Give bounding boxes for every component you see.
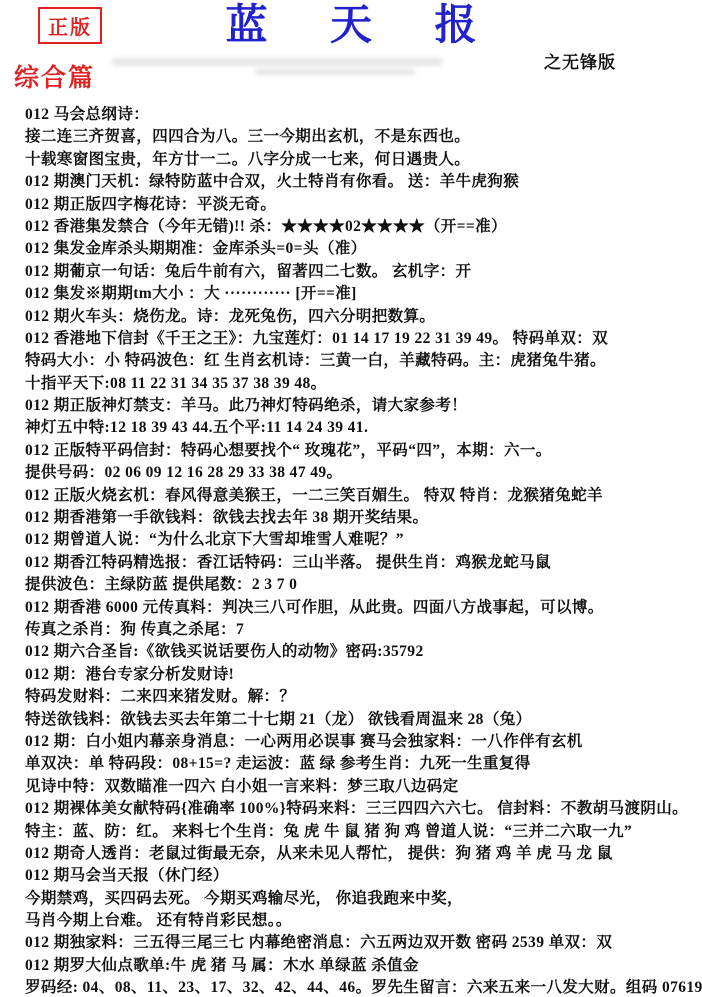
text-line: 012 期葡京一句话：兔后牛前有六，留著四二七数。 玄机字：开 <box>25 261 695 283</box>
text-line: 012 期：港台专家分析发财诗! <box>25 664 695 686</box>
text-line: 特码发财料：二来四来猪发财。解：？ <box>25 686 695 708</box>
text-line: 012 期香港第一手欲钱料：欲钱去找去年 38 期开奖结果。 <box>25 507 695 529</box>
text-line: 见诗中特：双数瞄准一四六 白小姐一言来料：梦三取八边码定 <box>25 776 695 798</box>
text-line: 012 期奇人透肖：老鼠过街最无奈，从来未见人帮忙， 提供：狗 猪 鸡 羊 虎 … <box>25 843 695 865</box>
edition-label: 之无锋版 <box>544 48 616 73</box>
scan-artifact-smudge <box>255 69 415 75</box>
text-line: 012 期罗大仙点歌单:牛 虎 猪 马 属：木水 单绿蓝 杀值金 <box>25 955 695 977</box>
text-line: 特码大小：小 特码波色：红 生肖玄机诗：三黄一白，羊藏特码。主：虎猪兔牛猪。 <box>25 350 695 372</box>
page-title: 蓝 天 报 <box>0 0 702 52</box>
text-line: 今期禁鸡，买四码去死。 今期买鸡输尽光， 你追我跑来中奖， <box>25 888 695 910</box>
text-line: 单双决：单 特码段：08+15=? 走运波：蓝 绿 参考生肖：九死一生重复得 <box>25 753 695 775</box>
text-line: 012 期正版四字梅花诗：平淡无奇。 <box>25 194 695 216</box>
section-title: 综合篇 <box>14 58 95 94</box>
text-line: 012 马会总纲诗： <box>25 104 695 126</box>
text-line: 十载寒窗图宝贵，年方廿一二。八字分成一七来，何日遇贵人。 <box>25 149 695 171</box>
text-line: 012 期曾道人说：“为什么北京下大雪却堆雪人难呢？” <box>25 529 695 551</box>
text-line: 十指平天下:08 11 22 31 34 35 37 38 39 48。 <box>25 373 695 395</box>
text-line: 012 香港地下信封《千王之王》：九宝莲灯：01 14 17 19 22 31 … <box>25 328 695 350</box>
text-line: 012 香港集发禁合（今年无错)!! 杀：★★★★02★★★★（开==准） <box>25 216 695 238</box>
text-line: 012 集发金库杀头期期准：金库杀头=0=头（准） <box>25 238 695 260</box>
text-line: 012 正版火烧玄机：春风得意美猴王，一二三笑百媚生。 特双 特肖：龙猴猪兔蛇羊 <box>25 485 695 507</box>
text-line: 特送欲钱料：欲钱去买去年第二十七期 21（龙） 欲钱看周温来 28（兔） <box>25 709 695 731</box>
text-line: 传真之杀肖：狗 传真之杀尾：7 <box>25 619 695 641</box>
text-line: 012 期裸体美女献特码{准确率 100%}特码来料：三三四四六六七。 信封料：… <box>25 798 695 820</box>
text-line: 012 期香港 6000 元传真料：判决三八可作胆，从此贵。四面八方战事起，可以… <box>25 597 695 619</box>
text-line: 马肖今期上台难。 还有特肖彩民想。。 <box>25 910 695 932</box>
text-line: 特主：蓝、防：红。 来料七个生肖：兔 虎 牛 鼠 猪 狗 鸡 曾道人说：“三并二… <box>25 821 695 843</box>
text-line: 012 期：白小姐内幕亲身消息：一心两用必误事 赛马会独家料：一八作伴有玄机 <box>25 731 695 753</box>
text-line: 012 期香江特码精选报：香江话特码：三山半落。 提供生肖：鸡猴龙蛇马鼠 <box>25 552 695 574</box>
text-line: 提供波色：主绿防蓝 提供尾数：2 3 7 0 <box>25 574 695 596</box>
scan-artifact-smudge <box>112 58 442 66</box>
text-line: 012 期火车头：烧伤龙。诗：龙死兔伤，四六分明把数算。 <box>25 306 695 328</box>
text-line: 012 期独家料：三五得三尾三七 内幕绝密消息：六五两边双开数 密码 2539 … <box>25 932 695 954</box>
text-line: 罗码经: 04、08、11、23、17、32、42、44、46。罗先生留言：六来… <box>25 977 695 997</box>
text-line: 012 期马会当天报（休门经） <box>25 865 695 887</box>
text-line: 提供号码：02 06 09 12 16 28 29 33 38 47 49。 <box>25 462 695 484</box>
newspaper-page: 正版 蓝 天 报 之无锋版 综合篇 012 马会总纲诗：接二连三齐贺喜，四四合为… <box>0 0 702 997</box>
text-line: 接二连三齐贺喜，四四合为八。三一今期出玄机，不是东西也。 <box>25 126 695 148</box>
text-line: 012 集发※期期tm大小 ：大 ············ [开==准] <box>25 283 695 305</box>
text-line: 012 正版特平码信封：特码心想要找个“ 玫瑰花”，平码“四”，本期：六一。 <box>25 440 695 462</box>
text-line: 012 期六合圣旨:《欲钱买说话要伤人的动物》密码:35792 <box>25 641 695 663</box>
text-line: 012 期正版神灯禁支：羊马。此乃神灯特码绝杀，请大家参考！ <box>25 395 695 417</box>
text-line: 神灯五中特:12 18 39 43 44.五个平:11 14 24 39 41. <box>25 417 695 439</box>
body-lines: 012 马会总纲诗：接二连三齐贺喜，四四合为八。三一今期出玄机，不是东西也。十载… <box>25 104 695 997</box>
text-line: 012 期澳门天机：绿特防蓝中合双，火土特肖有你看。 送：羊牛虎狗猴 <box>25 171 695 193</box>
